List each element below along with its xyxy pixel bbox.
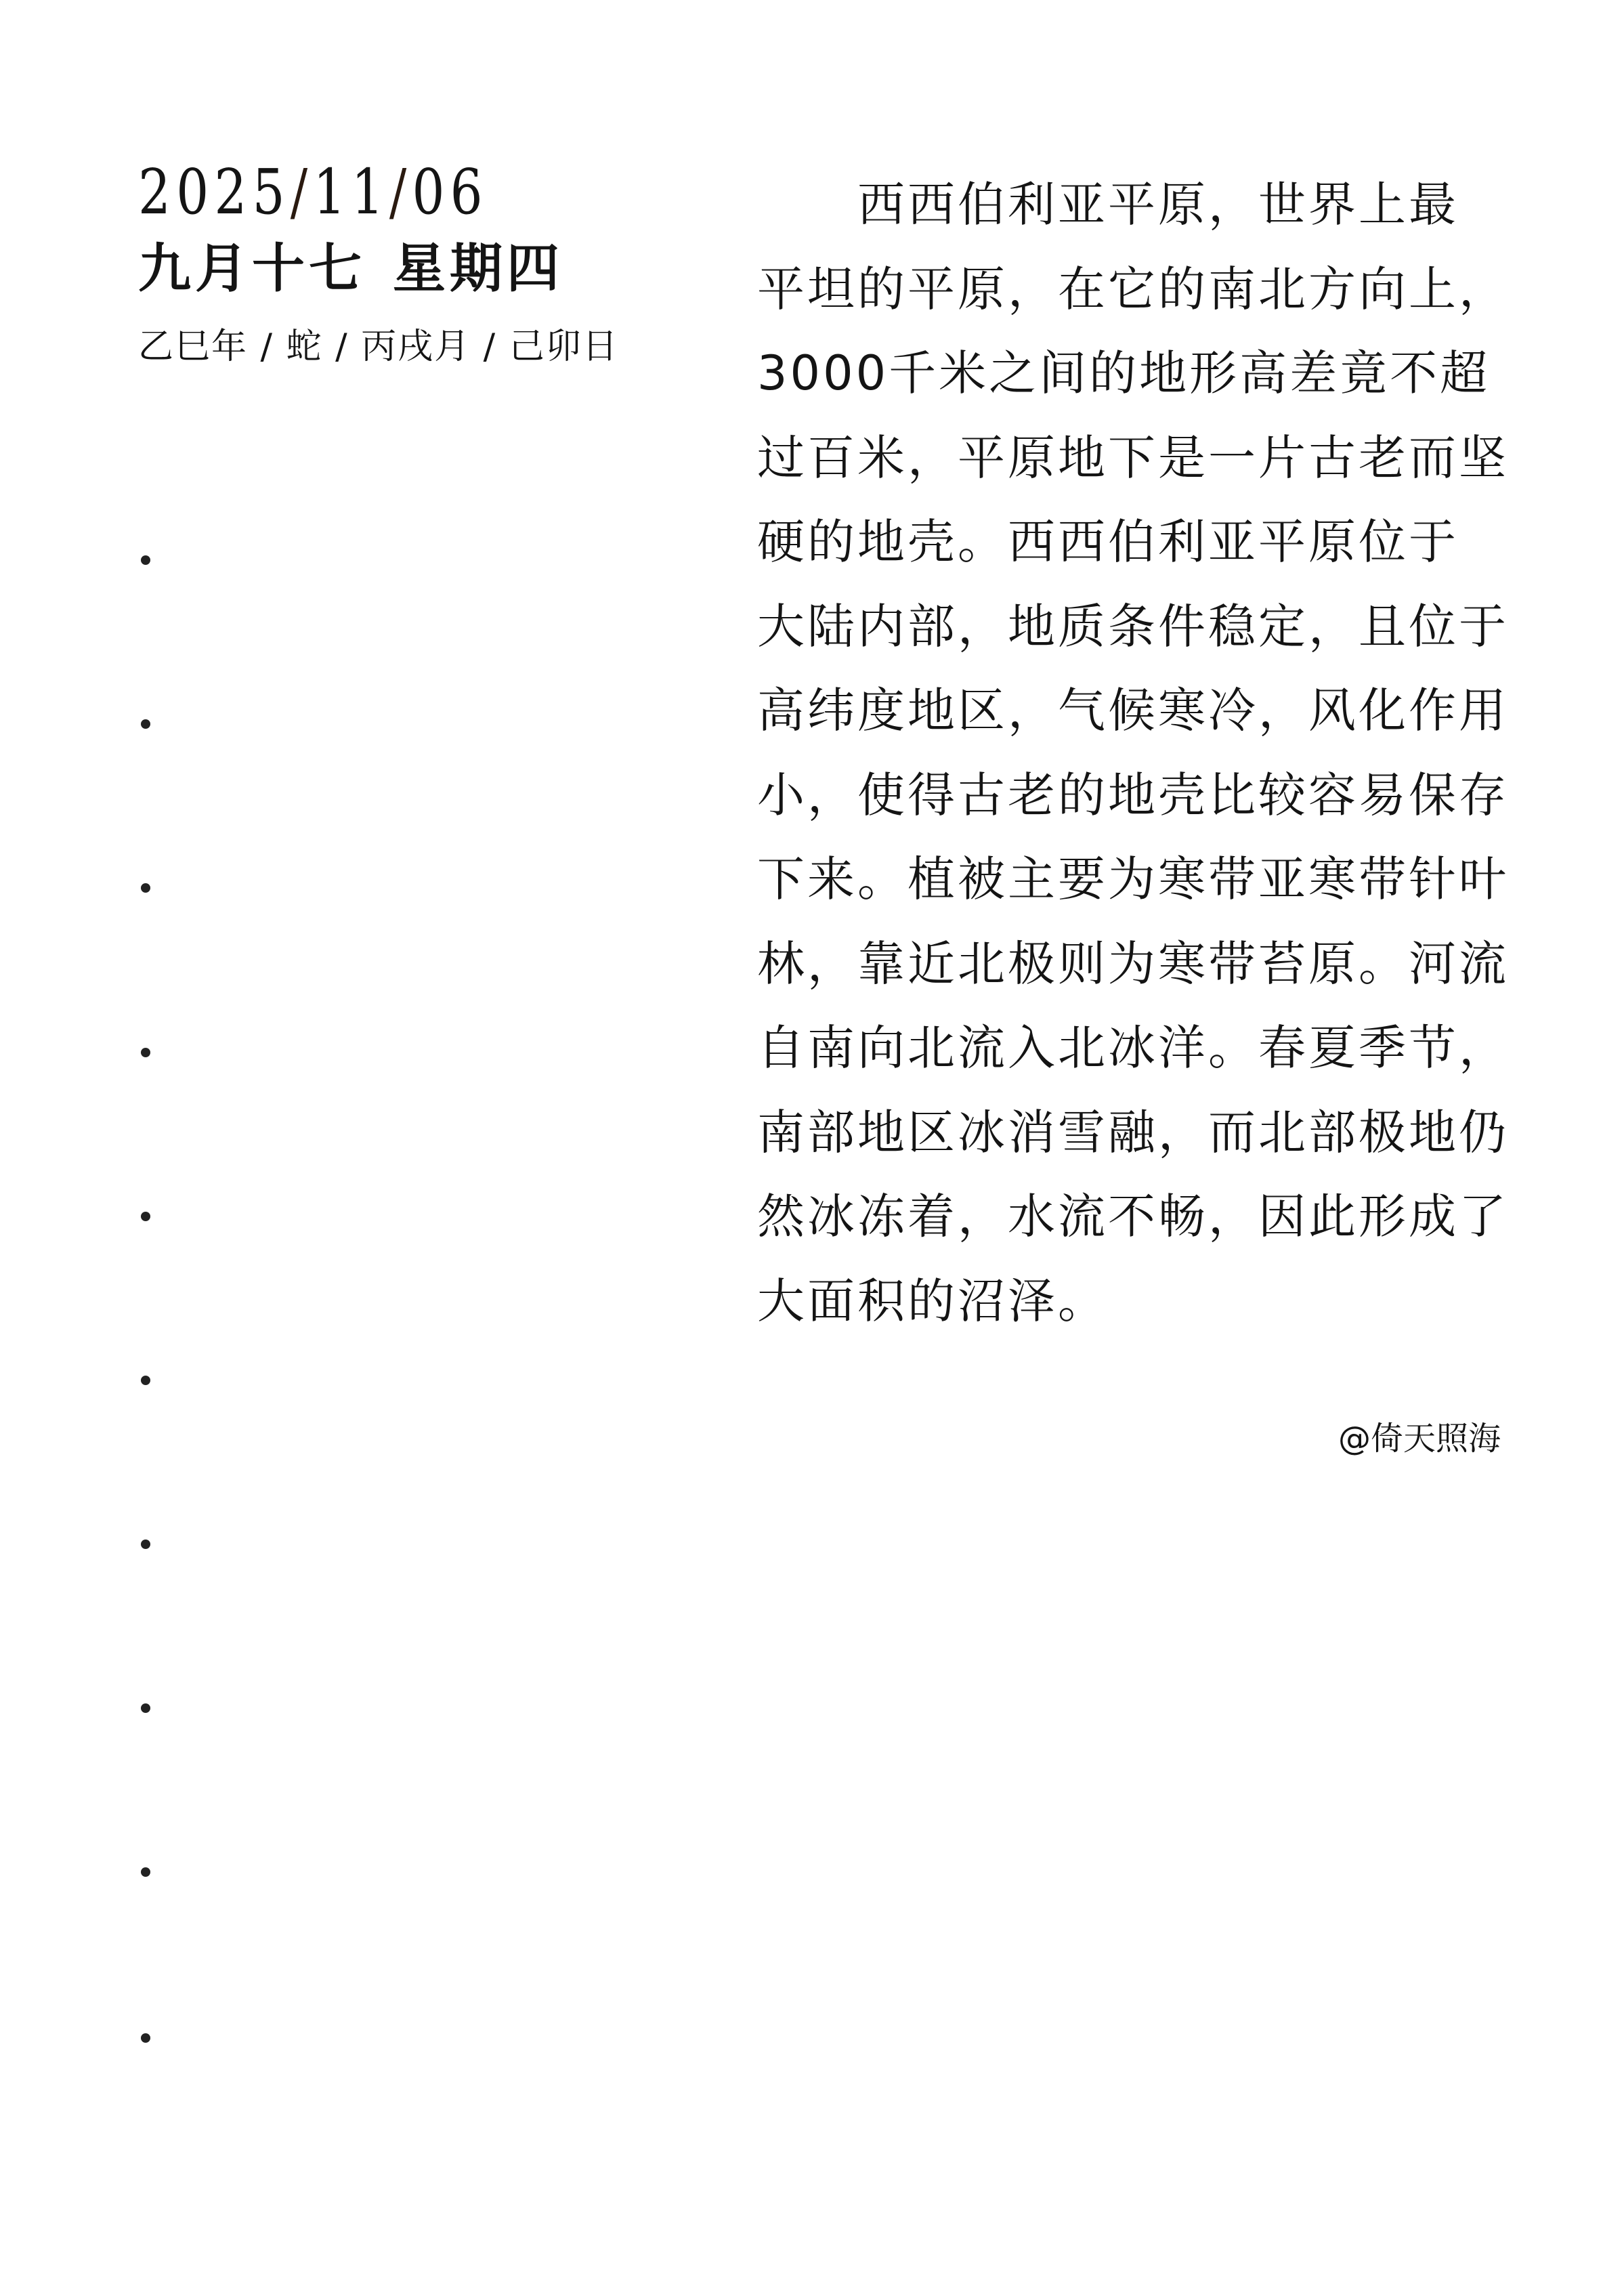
article-line: 大面积的沼泽。 [757, 1259, 1502, 1344]
date-separator: / [389, 156, 412, 228]
bullet-dot-icon [141, 2033, 150, 2043]
article-line: 林，靠近北极则为寒带苔原。河流 [757, 922, 1502, 1006]
article-line: 然冰冻着，水流不畅，因此形成了 [757, 1174, 1502, 1259]
author-signature: @倚天照海 [1338, 1422, 1501, 1455]
bullet-dot-icon [141, 1212, 150, 1221]
lunar-date-line: 九月十七星期四 [138, 242, 563, 295]
article-line: 下来。植被主要为寒带亚寒带针叶 [757, 837, 1502, 922]
article-line: 过百米，平原地下是一片古老而坚 [757, 416, 1502, 501]
bullet-dot-icon [141, 1867, 150, 1877]
article-line: 大陆内部，地质条件稳定，且位于 [757, 585, 1502, 669]
article-line: 高纬度地区，气候寒冷，风化作用 [757, 668, 1502, 753]
article-line: 硬的地壳。西西伯利亚平原位于 [757, 500, 1502, 585]
bullet-dot-icon [141, 1540, 150, 1549]
date-separator: / [291, 156, 314, 228]
bullet-dot-icon [141, 719, 150, 729]
article-line: 小，使得古老的地壳比较容易保存 [757, 753, 1502, 838]
ganzhi-line: 乙巳年 / 蛇 / 丙戌月 / 己卯日 [138, 329, 619, 364]
bullet-dot-icon [141, 1376, 150, 1385]
article-line: 3000千米之间的地形高差竟不超 [757, 331, 1502, 416]
bullet-dot-icon [141, 883, 150, 893]
bullet-dot-icon [141, 555, 150, 565]
date-year: 2025 [138, 156, 291, 228]
article-line: 西西伯利亚平原，世界上最 [757, 163, 1502, 247]
article-body: 西西伯利亚平原，世界上最 平坦的平原，在它的南北方向上， 3000千米之间的地形… [757, 163, 1502, 1343]
lunar-date: 九月十七 [138, 238, 366, 299]
date-month: 11 [313, 156, 389, 228]
article-line: 平坦的平原，在它的南北方向上， [757, 247, 1502, 332]
article-line: 南部地区冰消雪融，而北部极地仍 [757, 1090, 1502, 1175]
date-day: 06 [412, 156, 488, 228]
bullet-dot-icon [141, 1048, 150, 1057]
date-heading: 2025/11/06 [138, 161, 488, 224]
article-line: 自南向北流入北冰洋。春夏季节， [757, 1006, 1502, 1090]
weekday: 星期四 [393, 238, 563, 299]
bullet-dot-icon [141, 1703, 150, 1713]
